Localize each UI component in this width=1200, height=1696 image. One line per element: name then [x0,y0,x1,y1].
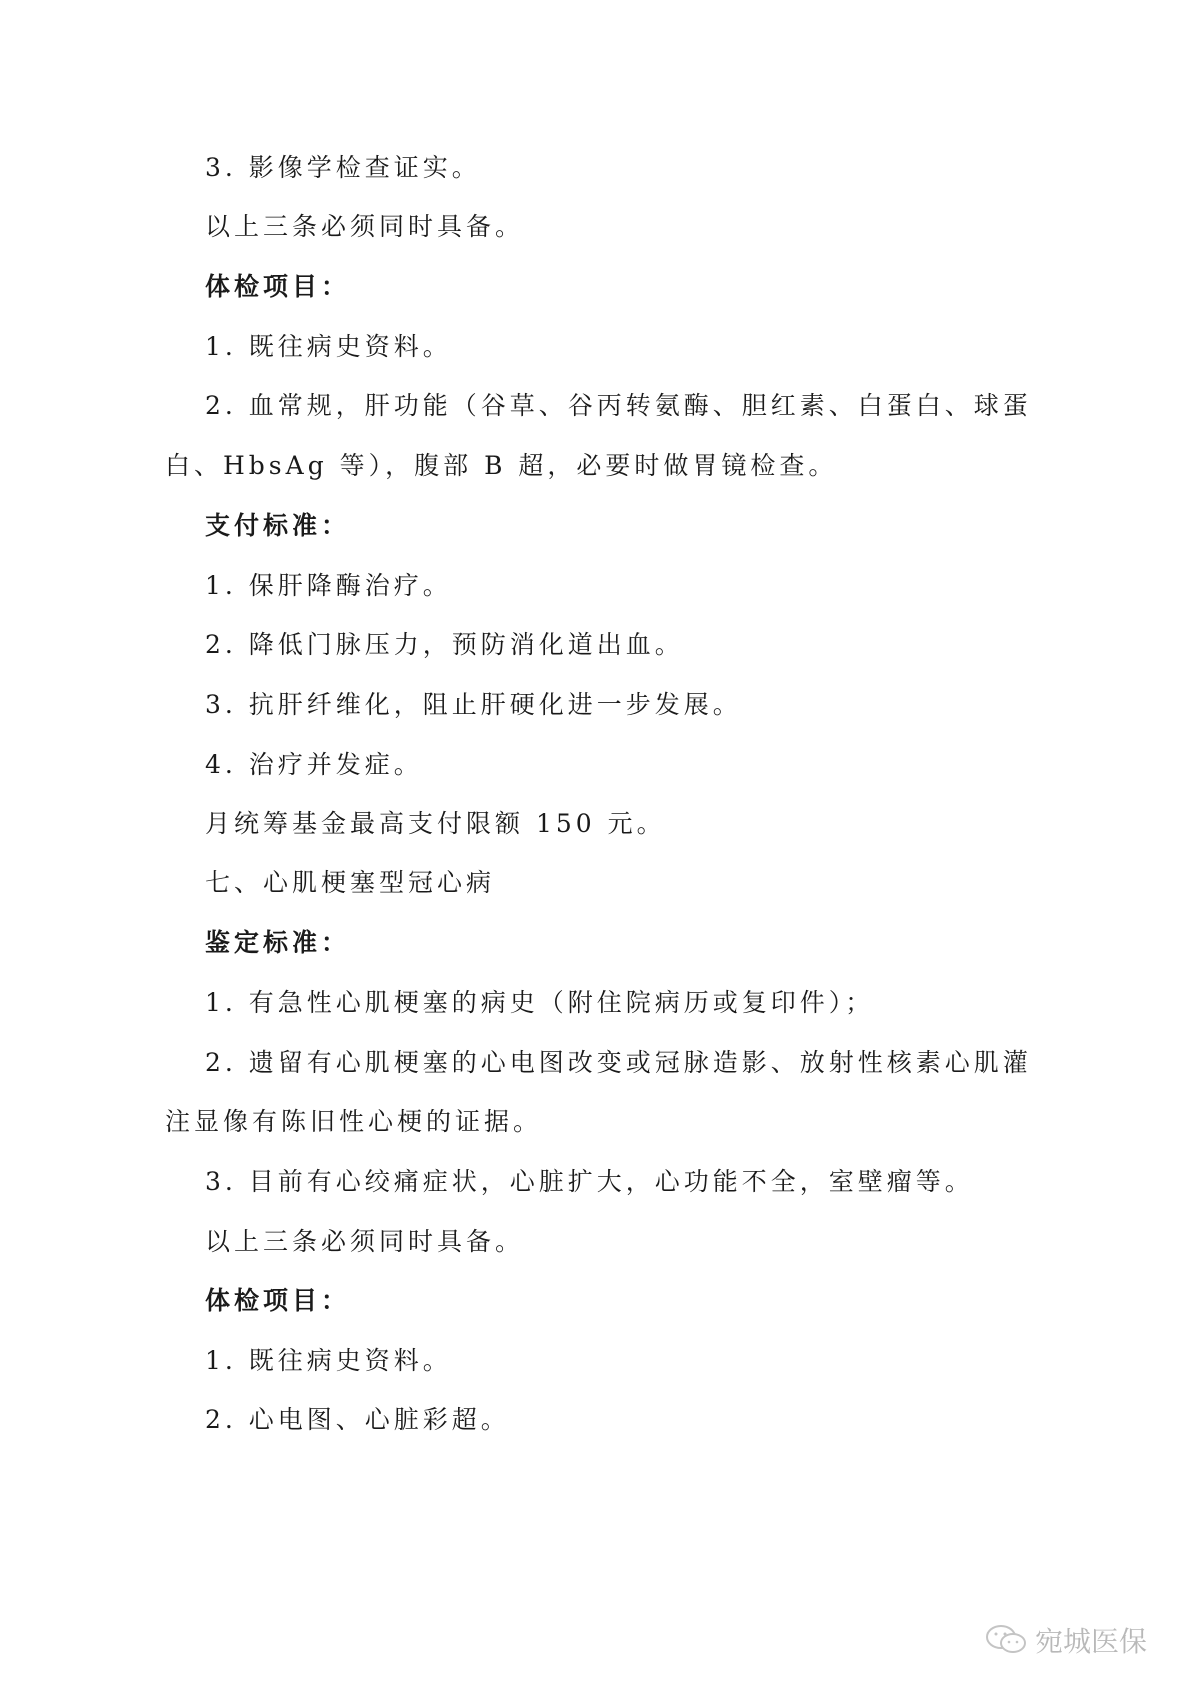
paragraph-line: 七、心肌梗塞型冠心病 [205,863,495,899]
paragraph-line: 以上三条必须同时具备。 [205,207,524,243]
paragraph-line: 1. 保肝降酶治疗。 [205,566,452,602]
paragraph-line: 2. 心电图、心脏彩超。 [205,1400,510,1436]
paragraph-line: 2. 降低门脉压力，预防消化道出血。 [205,625,684,661]
paragraph-line: 1. 有急性心肌梗塞的病史（附住院病历或复印件）； [205,983,874,1019]
paragraph-line: 3. 抗肝纤维化，阻止肝硬化进一步发展。 [205,685,742,721]
paragraph-line: 2. 血常规，肝功能（谷草、谷丙转氨酶、胆红素、白蛋白、球蛋 [205,386,1032,422]
paragraph-line: 以上三条必须同时具备。 [205,1222,524,1258]
paragraph-line: 1. 既往病史资料。 [205,1341,452,1377]
paragraph-line: 注显像有陈旧性心梗的证据。 [165,1102,542,1138]
section-heading: 体检项目： [205,267,350,303]
paragraph-line: 1. 既往病史资料。 [205,327,452,363]
wechat-icon [985,1624,1029,1656]
paragraph-line: 4. 治疗并发症。 [205,745,423,781]
paragraph-line: 3. 影像学检查证实。 [205,148,481,184]
paragraph-line: 2. 遗留有心肌梗塞的心电图改变或冠脉造影、放射性核素心肌灌 [205,1043,1032,1079]
paragraph-line: 3. 目前有心绞痛症状，心脏扩大，心功能不全，室壁瘤等。 [205,1162,974,1198]
watermark-text: 宛城医保 [1035,1620,1147,1660]
section-heading: 支付标准： [205,506,350,542]
watermark: 宛城医保 [985,1620,1147,1660]
paragraph-line: 月统筹基金最高支付限额 150 元。 [205,804,666,840]
section-heading: 体检项目： [205,1281,350,1317]
section-heading: 鉴定标准： [205,923,350,959]
paragraph-line: 白、HbsAg 等），腹部 B 超，必要时做胃镜检查。 [165,446,837,482]
